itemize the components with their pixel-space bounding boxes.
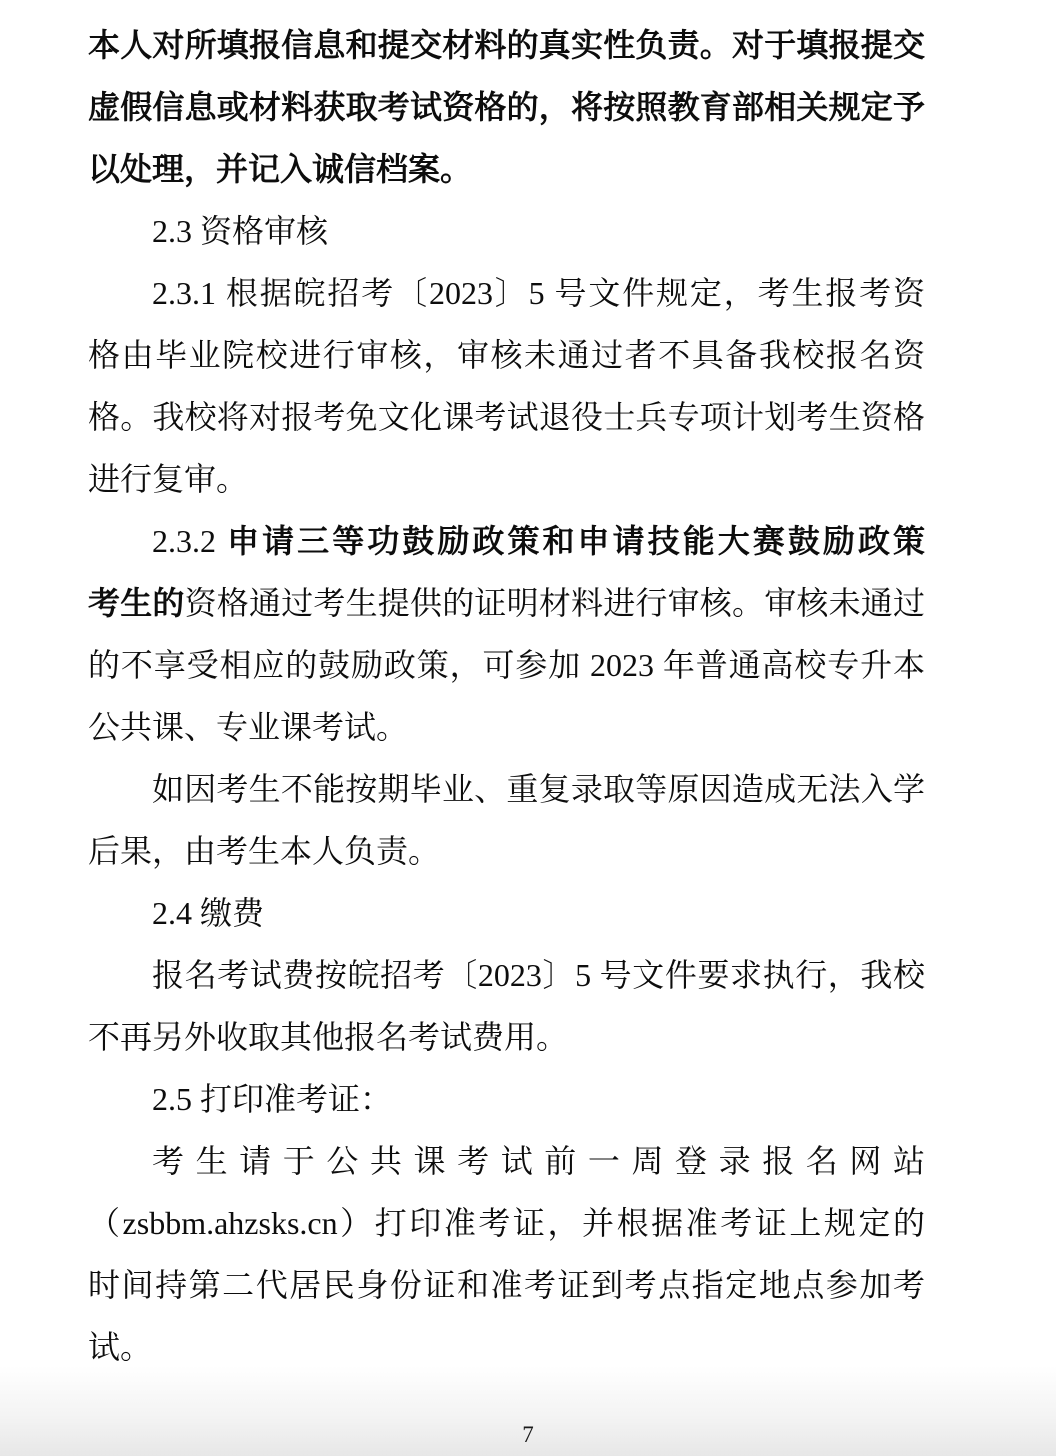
text-run: 格由毕业院校进行审核，审核未通过者不具备我校报名资	[88, 337, 925, 373]
text-line: 2.3 资格审核	[88, 200, 925, 262]
text-line: 试。	[88, 1316, 925, 1378]
text-line: （zsbbm.ahzsks.cn）打印准考证，并根据准考证上规定的	[88, 1192, 925, 1254]
text-run: 后果，由考生本人负责。	[88, 833, 440, 869]
text-run: 格。我校将对报考免文化课考试退役士兵专项计划考生资格	[88, 399, 925, 435]
text-run: 考生请于公共课考试前一周登录报名网站	[152, 1143, 925, 1179]
text-line: 虚假信息或材料获取考试资格的，将按照教育部相关规定予	[88, 76, 925, 138]
text-run: 试。	[88, 1329, 152, 1365]
text-run: 进行复审。	[88, 461, 248, 497]
text-line: 进行复审。	[88, 448, 925, 510]
page-number: 7	[0, 1422, 1056, 1448]
text-run: 2.3.1 根据皖招考〔2023〕5 号文件规定，考生报考资	[152, 275, 925, 311]
text-line: 2.3.1 根据皖招考〔2023〕5 号文件规定，考生报考资	[88, 262, 925, 324]
text-run: 时间持第二代居民身份证和准考证到考点指定地点参加考	[88, 1267, 925, 1303]
text-run: 的不享受相应的鼓励政策，可参加 2023 年普通高校专升本	[88, 647, 925, 683]
text-line: 考生请于公共课考试前一周登录报名网站	[88, 1130, 925, 1192]
bold-text-run: 以处理，并记入诚信档案。	[88, 151, 472, 187]
document-body: 本人对所填报信息和提交材料的真实性负责。对于填报提交虚假信息或材料获取考试资格的…	[88, 14, 925, 1378]
text-line: 2.4 缴费	[88, 882, 925, 944]
text-run: 如因考生不能按期毕业、重复录取等原因造成无法入学	[152, 771, 925, 807]
document-page: 本人对所填报信息和提交材料的真实性负责。对于填报提交虚假信息或材料获取考试资格的…	[0, 0, 1056, 1456]
text-line: 报名考试费按皖招考〔2023〕5 号文件要求执行，我校	[88, 944, 925, 1006]
bold-text-run: 虚假信息或材料获取考试资格的，将按照教育部相关规定予	[88, 89, 925, 125]
text-run: 不再另外收取其他报名考试费用。	[88, 1019, 568, 1055]
text-line: 时间持第二代居民身份证和准考证到考点指定地点参加考	[88, 1254, 925, 1316]
text-run: 2.3.2	[152, 523, 227, 559]
bold-text-run: 考生的	[88, 585, 185, 621]
text-line: 格由毕业院校进行审核，审核未通过者不具备我校报名资	[88, 324, 925, 386]
text-run: 公共课、专业课考试。	[88, 709, 408, 745]
text-line: 不再另外收取其他报名考试费用。	[88, 1006, 925, 1068]
text-line: 本人对所填报信息和提交材料的真实性负责。对于填报提交	[88, 14, 925, 76]
text-line: 以处理，并记入诚信档案。	[88, 138, 925, 200]
text-line: 如因考生不能按期毕业、重复录取等原因造成无法入学	[88, 758, 925, 820]
text-line: 后果，由考生本人负责。	[88, 820, 925, 882]
text-line: 公共课、专业课考试。	[88, 696, 925, 758]
bold-text-run: 本人对所填报信息和提交材料的真实性负责。对于填报提交	[88, 27, 925, 63]
text-run: 报名考试费按皖招考〔2023〕5 号文件要求执行，我校	[152, 957, 925, 993]
text-line: 2.3.2 申请三等功鼓励政策和申请技能大赛鼓励政策	[88, 510, 925, 572]
text-run: 2.3 资格审核	[152, 213, 328, 249]
text-run: 资格通过考生提供的证明材料进行审核。审核未通过	[185, 585, 925, 621]
text-line: 的不享受相应的鼓励政策，可参加 2023 年普通高校专升本	[88, 634, 925, 696]
text-line: 考生的资格通过考生提供的证明材料进行审核。审核未通过	[88, 572, 925, 634]
text-run: 2.4 缴费	[152, 895, 264, 931]
text-line: 格。我校将对报考免文化课考试退役士兵专项计划考生资格	[88, 386, 925, 448]
text-run: （zsbbm.ahzsks.cn）打印准考证，并根据准考证上规定的	[88, 1205, 925, 1241]
text-run: 2.5 打印准考证：	[152, 1081, 392, 1117]
text-line: 2.5 打印准考证：	[88, 1068, 925, 1130]
bold-text-run: 申请三等功鼓励政策和申请技能大赛鼓励政策	[227, 523, 925, 559]
